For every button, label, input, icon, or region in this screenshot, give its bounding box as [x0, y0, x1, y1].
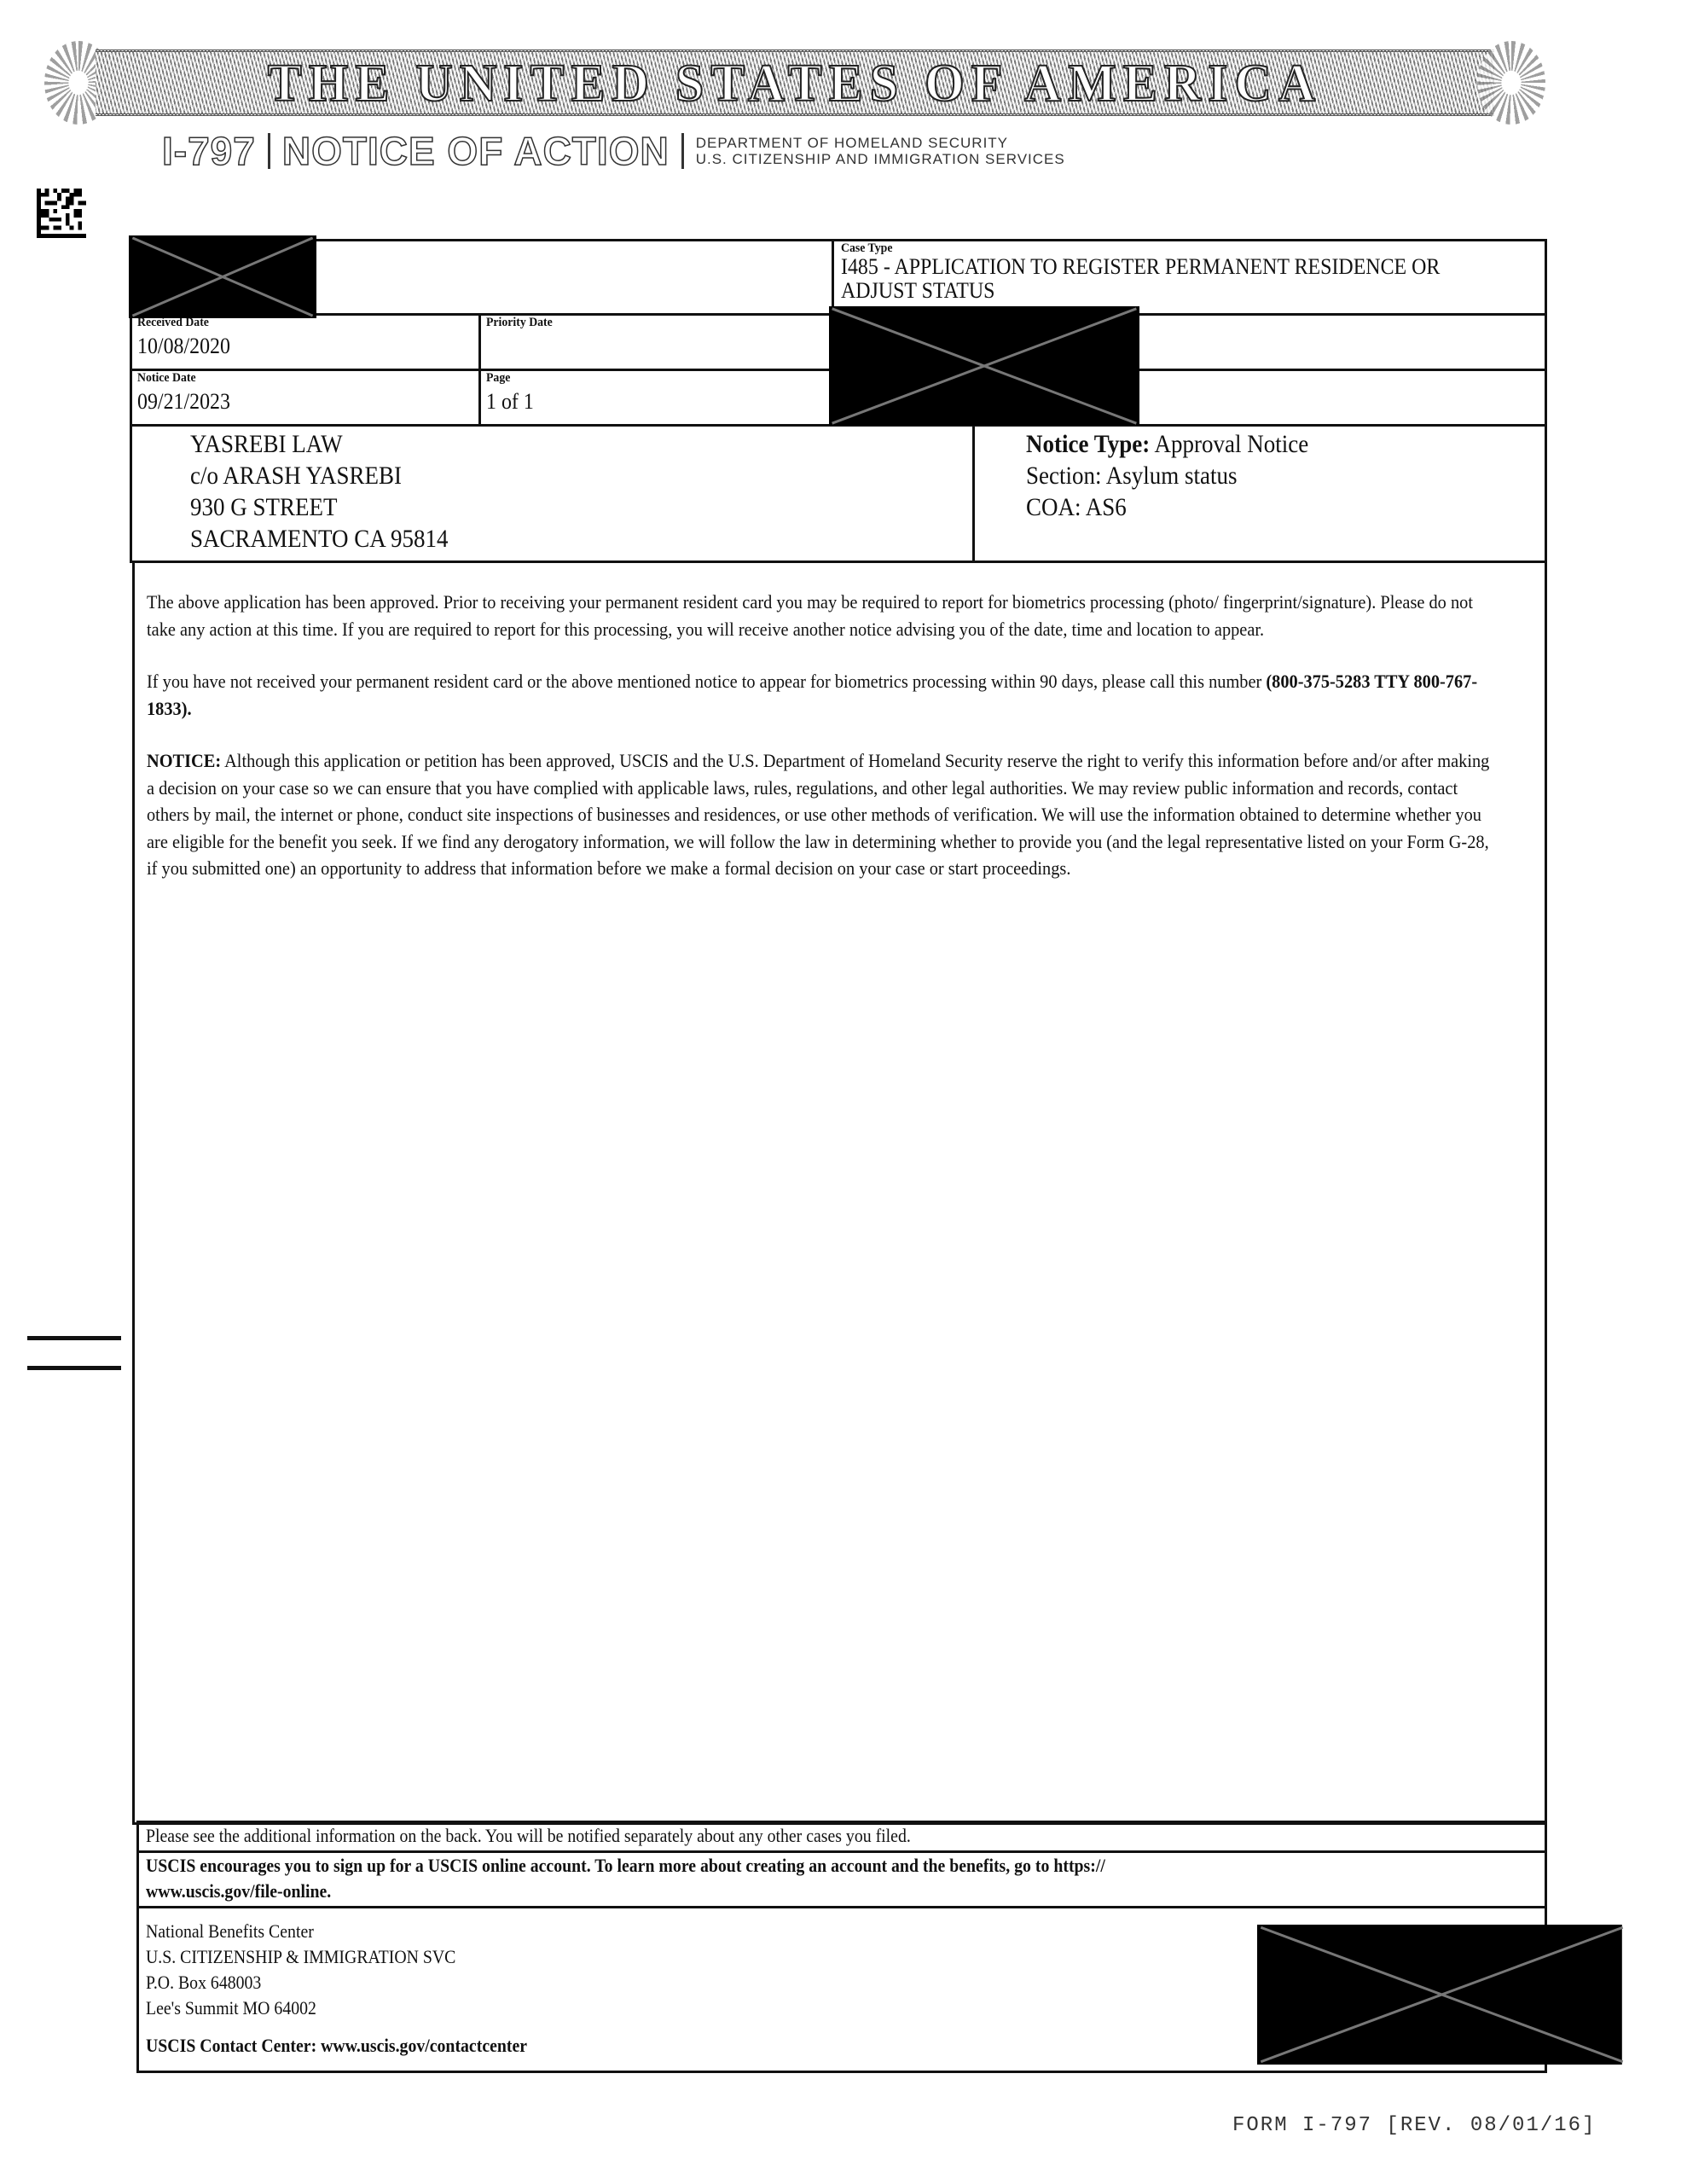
registration-mark — [27, 1366, 121, 1370]
priority-date-cell: Priority Date — [478, 313, 834, 371]
notice-type-value: Approval Notice — [1154, 430, 1308, 458]
form-title: NOTICE OF ACTION — [282, 128, 670, 174]
notice-date-cell: Notice Date 09/21/2023 — [130, 369, 481, 427]
received-date-value: 10/08/2020 — [137, 334, 446, 358]
case-type-value-line1: I485 - APPLICATION TO REGISTER PERMANENT… — [841, 255, 1482, 279]
banner-title: THE UNITED STATES OF AMERICA — [96, 55, 1494, 110]
recipient-line: YASREBI LAW — [190, 428, 894, 460]
recipient-line: SACRAMENTO CA 95814 — [190, 523, 894, 555]
office-line: Lee's Summit MO 64002 — [146, 1995, 1399, 2021]
recipient-line: 930 G STREET — [190, 491, 894, 523]
case-type-cell: Case Type I485 - APPLICATION TO REGISTER… — [832, 239, 1547, 316]
contact-text: If you have not received your permanent … — [147, 671, 1266, 692]
body-paragraph-contact: If you have not received your permanent … — [147, 668, 1490, 722]
case-type-label: Case Type — [841, 241, 1482, 255]
page-value: 1 of 1 — [486, 390, 799, 414]
redacted-receipt-number — [129, 235, 316, 318]
contact-center[interactable]: USCIS Contact Center: www.uscis.gov/cont… — [146, 2033, 1399, 2059]
datamatrix-barcode-icon — [37, 189, 86, 238]
office-line: P.O. Box 648003 — [146, 1970, 1399, 1995]
body-paragraph-notice: NOTICE: Although this application or pet… — [147, 747, 1490, 882]
banner: THE UNITED STATES OF AMERICA — [44, 41, 1545, 125]
department-line2: U.S. CITIZENSHIP AND IMMIGRATION SERVICE… — [696, 151, 1065, 167]
notice-date-label: Notice Date — [137, 371, 446, 385]
divider — [681, 133, 684, 169]
notice-label: NOTICE: — [147, 750, 221, 771]
redacted-beneficiary-info — [829, 306, 1139, 426]
online-account-row: USCIS encourages you to sign up for a US… — [136, 1850, 1547, 1908]
department-line1: DEPARTMENT OF HOMELAND SECURITY — [696, 135, 1008, 151]
notice-text: Although this application or petition ha… — [147, 750, 1489, 879]
received-date-cell: Received Date 10/08/2020 — [130, 313, 481, 371]
form-title-row: I-797 NOTICE OF ACTION DEPARTMENT OF HOM… — [162, 130, 1065, 172]
body-paragraph-approved: The above application has been approved.… — [147, 589, 1490, 642]
online-account-link[interactable]: www.uscis.gov/file-online. — [146, 1879, 1399, 1904]
recipient-line: c/o ARASH YASREBI — [190, 460, 894, 491]
coa-value: COA: AS6 — [1026, 491, 1493, 523]
case-type-value-line2: ADJUST STATUS — [841, 279, 1482, 303]
redaction-cross-icon — [1257, 1925, 1626, 2065]
form-revision: FORM I-797 [REV. 08/01/16] — [1232, 2114, 1596, 2137]
recipient-address-block: YASREBI LAW c/o ARASH YASREBI 930 G STRE… — [130, 424, 975, 563]
notice-info-block: Notice Type: Approval Notice Section: As… — [972, 424, 1547, 563]
section-value: Section: Asylum status — [1026, 460, 1493, 491]
form-number: I-797 — [162, 128, 256, 174]
department: DEPARTMENT OF HOMELAND SECURITY U.S. CIT… — [696, 135, 1065, 167]
additional-info-row: Please see the additional information on… — [136, 1821, 1547, 1853]
online-account-text-line1: USCIS encourages you to sign up for a US… — [146, 1853, 1399, 1879]
notice-type-label: Notice Type: — [1026, 430, 1150, 458]
priority-date-label: Priority Date — [486, 316, 799, 329]
notice-body: The above application has been approved.… — [132, 561, 1547, 1825]
registration-mark — [27, 1336, 121, 1340]
page-label: Page — [486, 371, 799, 385]
notice-date-value: 09/21/2023 — [137, 390, 446, 414]
office-line: U.S. CITIZENSHIP & IMMIGRATION SVC — [146, 1944, 1399, 1970]
additional-info-text: Please see the additional information on… — [146, 1823, 1399, 1849]
office-line: National Benefits Center — [146, 1919, 1399, 1944]
divider — [268, 133, 270, 169]
page-cell: Page 1 of 1 — [478, 369, 834, 427]
